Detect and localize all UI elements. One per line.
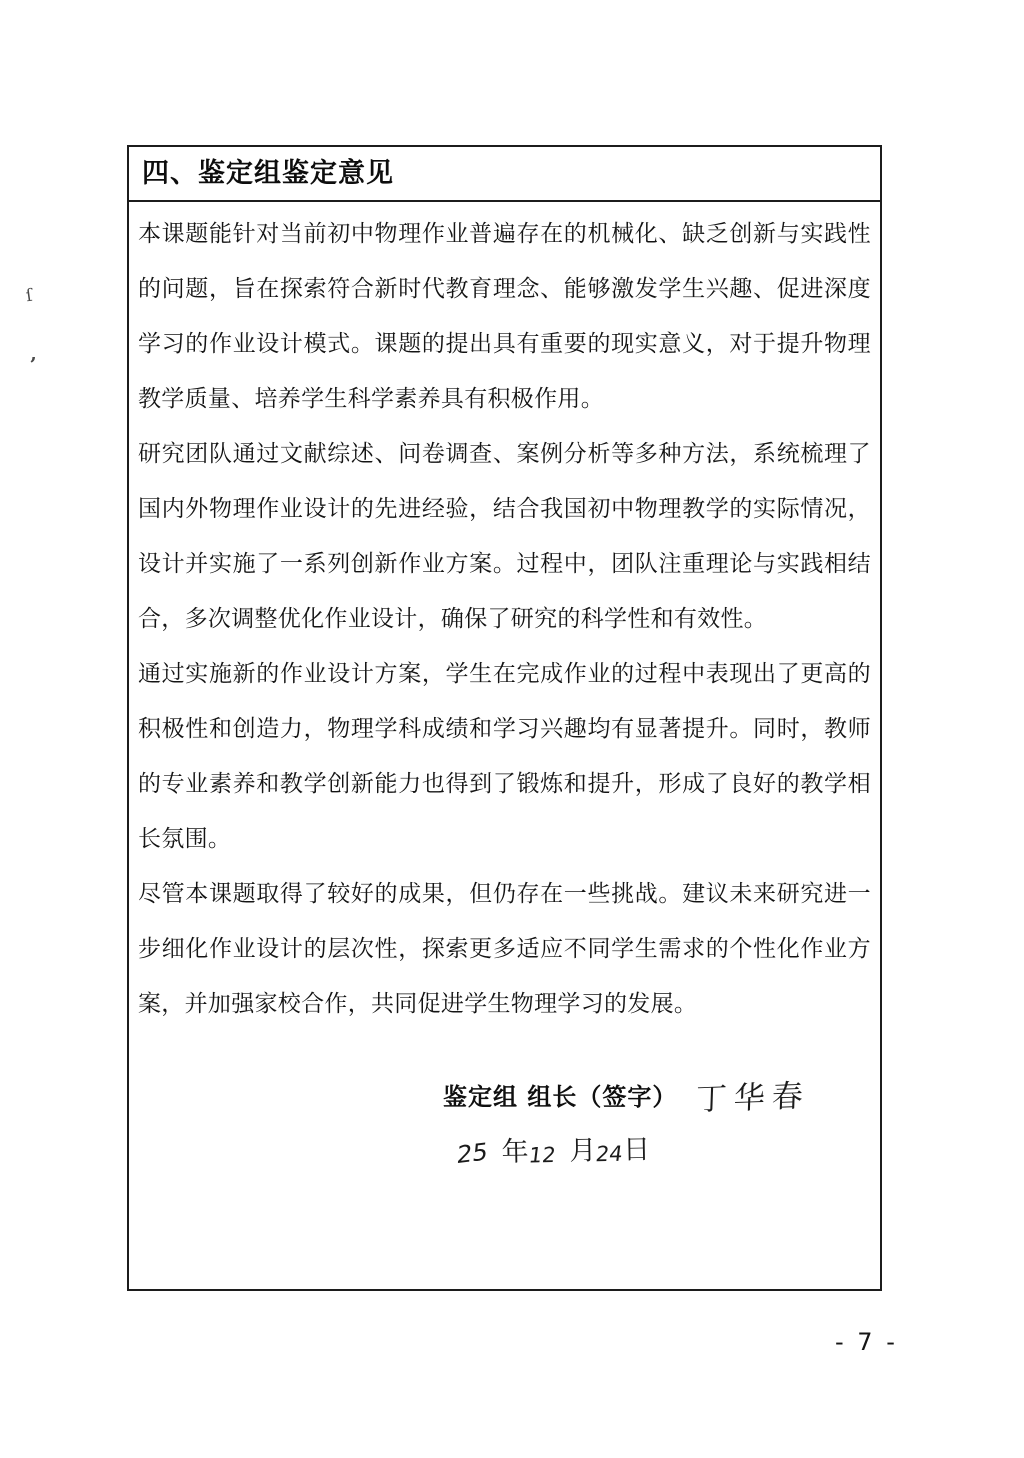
opinion-paragraph: 尽管本课题取得了较好的成果，但仍存在一些挑战。建议未来研究进一步细化作业设计的层… xyxy=(138,867,871,1032)
scan-artifact-mark: ‚ xyxy=(30,341,37,365)
signature-label: 鉴定组 组长（签字） xyxy=(443,1083,677,1111)
date-number: 25 xyxy=(456,1138,490,1170)
page-number: - 7 - xyxy=(835,1328,898,1356)
opinion-body: 本课题能针对当前初中物理作业普遍存在的机械化、缺乏创新与实践性的问题，旨在探索符… xyxy=(129,202,880,1032)
signature-handwritten-name: 丁华春 xyxy=(696,1070,812,1119)
opinion-paragraph: 通过实施新的作业设计方案，学生在完成作业的过程中表现出了更高的积极性和创造力，物… xyxy=(138,647,871,867)
opinion-paragraph: 本课题能针对当前初中物理作业普遍存在的机械化、缺乏创新与实践性的问题，旨在探索符… xyxy=(138,207,871,427)
signature-row: 鉴定组 组长（签字） 丁华春 xyxy=(443,1072,810,1117)
date-unit-label: 年 xyxy=(501,1129,529,1168)
date-unit-label: 日 xyxy=(623,1127,651,1166)
date-number: 12 xyxy=(527,1143,557,1168)
section-title: 四、鉴定组鉴定意见 xyxy=(129,147,880,202)
scan-artifact-mark: ſ xyxy=(25,286,34,307)
appraisal-opinion-box: 四、鉴定组鉴定意见 本课题能针对当前初中物理作业普遍存在的机械化、缺乏创新与实践… xyxy=(127,145,882,1291)
date-unit-label: 月 xyxy=(569,1128,597,1167)
date-number: 24 xyxy=(595,1142,625,1167)
document-page: ſ ‚ 四、鉴定组鉴定意见 本课题能针对当前初中物理作业普遍存在的机械化、缺乏创… xyxy=(0,0,1024,1458)
date-handwritten: 25年12月24日 xyxy=(457,1127,651,1169)
opinion-paragraph: 研究团队通过文献综述、问卷调查、案例分析等多种方法，系统梳理了国内外物理作业设计… xyxy=(138,427,871,647)
